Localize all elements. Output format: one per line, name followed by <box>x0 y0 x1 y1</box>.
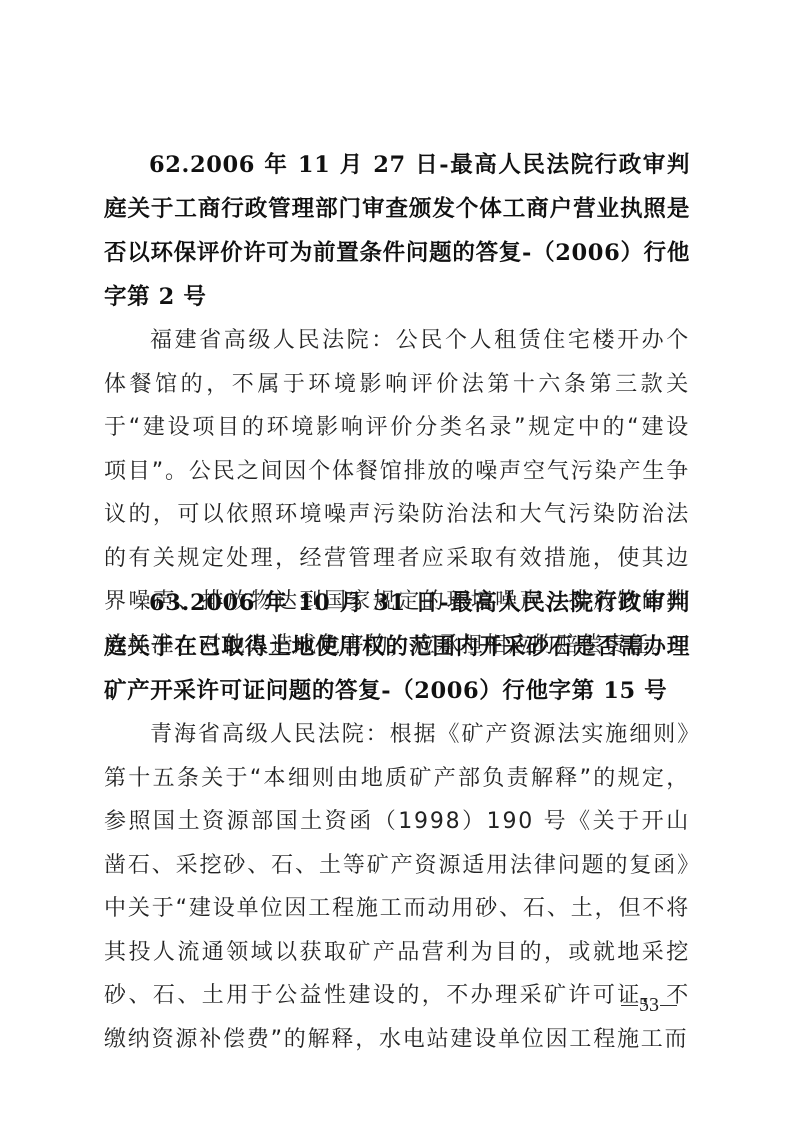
section-63: 63.2006 年 10 月 31 日-最高人民法院行政审判庭关于在已取得土地使… <box>104 581 690 1061</box>
section-heading: 63.2006 年 10 月 31 日-最高人民法院行政审判庭关于在已取得土地使… <box>104 581 690 713</box>
section-body: 青海省高级人民法院：根据《矿产资源法实施细则》第十五条关于“本细则由地质矿产部负… <box>104 713 690 1061</box>
dash-decoration <box>660 1005 677 1007</box>
dash-decoration <box>621 1005 638 1007</box>
page-number-text: 53 <box>639 994 659 1017</box>
page-number: 53 <box>620 994 678 1017</box>
section-heading: 62.2006 年 11 月 27 日-最高人民法院行政审判庭关于工商行政管理部… <box>104 143 690 319</box>
